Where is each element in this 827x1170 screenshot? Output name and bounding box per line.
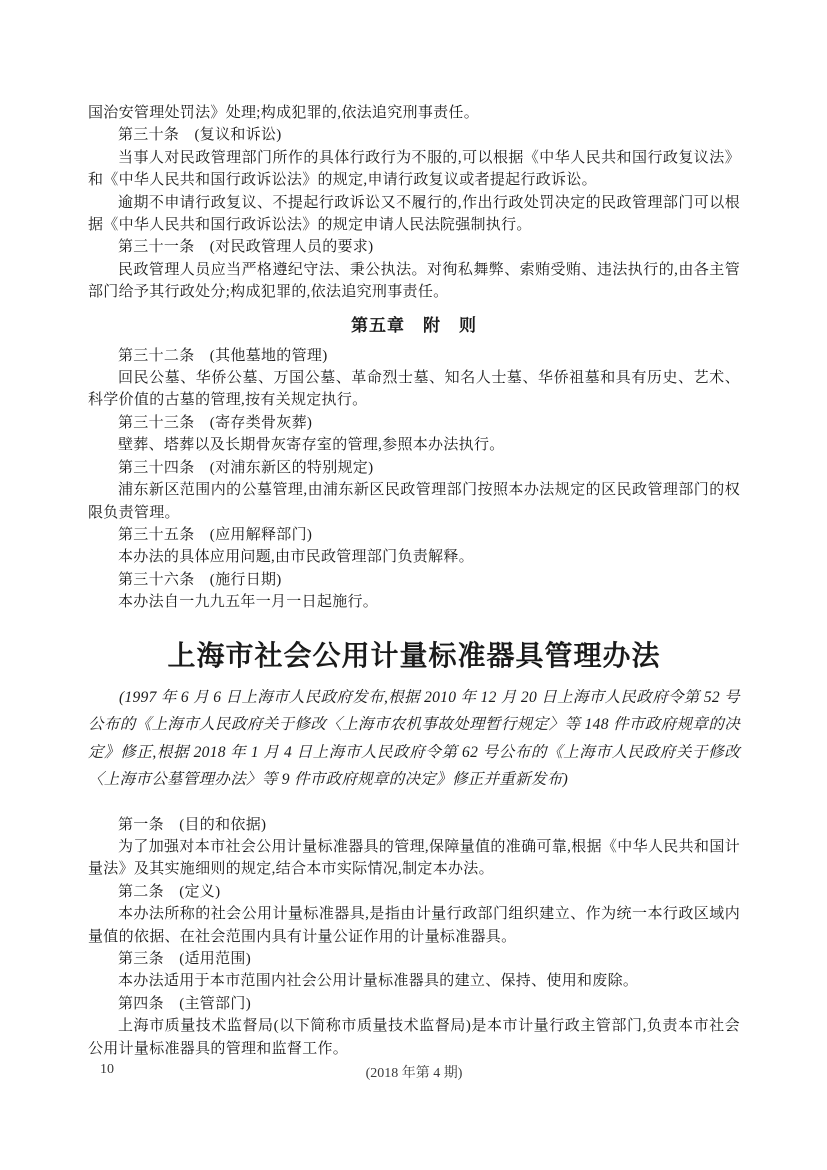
doc1-article-34-heading: 第三十四条 (对浦东新区的特别规定) (88, 457, 740, 479)
doc2-title: 上海市社会公用计量标准器具管理办法 (88, 634, 740, 674)
doc1-paragraph: 本办法的具体应用问题,由市民政管理部门负责解释。 (88, 546, 740, 568)
page-number: 10 (100, 1062, 114, 1078)
page-footer: 10 (2018 年第 4 期) (88, 1062, 740, 1082)
doc1-article-32-heading: 第三十二条 (其他墓地的管理) (88, 345, 740, 367)
doc1-article-31-heading: 第三十一条 (对民政管理人员的要求) (88, 236, 740, 258)
doc1-paragraph: 当事人对民政管理部门所作的具体行政行为不服的,可以根据《中华人民共和国行政复议法… (88, 147, 740, 192)
chapter-5-heading: 第五章 附 则 (88, 311, 740, 336)
doc1-article-36-heading: 第三十六条 (施行日期) (88, 569, 740, 591)
doc1-article-33-heading: 第三十三条 (寄存类骨灰葬) (88, 412, 740, 434)
doc1-paragraph: 本办法自一九九五年一月一日起施行。 (88, 591, 740, 613)
doc1-paragraph: 回民公墓、华侨公墓、万国公墓、革命烈士墓、知名人士墓、华侨祖墓和具有历史、艺术、… (88, 367, 740, 412)
doc2-paragraph: 为了加强对本市社会公用计量标准器具的管理,保障量值的准确可靠,根据《中华人民共和… (88, 836, 740, 881)
document-content: 国治安管理处罚法》处理;构成犯罪的,依法追究刑事责任。 第三十条 (复议和诉讼)… (88, 102, 740, 1060)
doc1-paragraph: 民政管理人员应当严格遵纪守法、秉公执法。对徇私舞弊、索贿受贿、违法执行的,由各主… (88, 259, 740, 304)
doc2-paragraph: 本办法所称的社会公用计量标准器具,是指由计量行政部门组织建立、作为统一本行政区域… (88, 903, 740, 948)
doc1-paragraph: 壁葬、塔葬以及长期骨灰寄存室的管理,参照本办法执行。 (88, 434, 740, 456)
doc2-paragraph: 上海市质量技术监督局(以下简称市质量技术监督局)是本市计量行政主管部门,负责本市… (88, 1015, 740, 1060)
doc2-article-4-heading: 第四条 (主管部门) (88, 993, 740, 1015)
doc1-paragraph: 逾期不申请行政复议、不提起行政诉讼又不履行的,作出行政处罚决定的民政管理部门可以… (88, 192, 740, 237)
doc2-article-3-heading: 第三条 (适用范围) (88, 948, 740, 970)
doc2-paragraph: 本办法适用于本市范围内社会公用计量标准器具的建立、保持、使用和废除。 (88, 970, 740, 992)
doc2-article-1-heading: 第一条 (目的和依据) (88, 814, 740, 836)
document-page: 国治安管理处罚法》处理;构成犯罪的,依法追究刑事责任。 第三十条 (复议和诉讼)… (0, 0, 827, 1170)
doc1-article-30-heading: 第三十条 (复议和诉讼) (88, 124, 740, 146)
doc2-promulgation-note: (1997 年 6 月 6 日上海市人民政府发布,根据 2010 年 12 月 … (88, 684, 740, 794)
doc1-paragraph: 浦东新区范围内的公墓管理,由浦东新区民政管理部门按照本办法规定的区民政管理部门的… (88, 479, 740, 524)
doc1-article-35-heading: 第三十五条 (应用解释部门) (88, 524, 740, 546)
issue-label: (2018 年第 4 期) (88, 1062, 740, 1082)
doc2-article-2-heading: 第二条 (定义) (88, 881, 740, 903)
doc1-paragraph: 国治安管理处罚法》处理;构成犯罪的,依法追究刑事责任。 (88, 102, 740, 124)
